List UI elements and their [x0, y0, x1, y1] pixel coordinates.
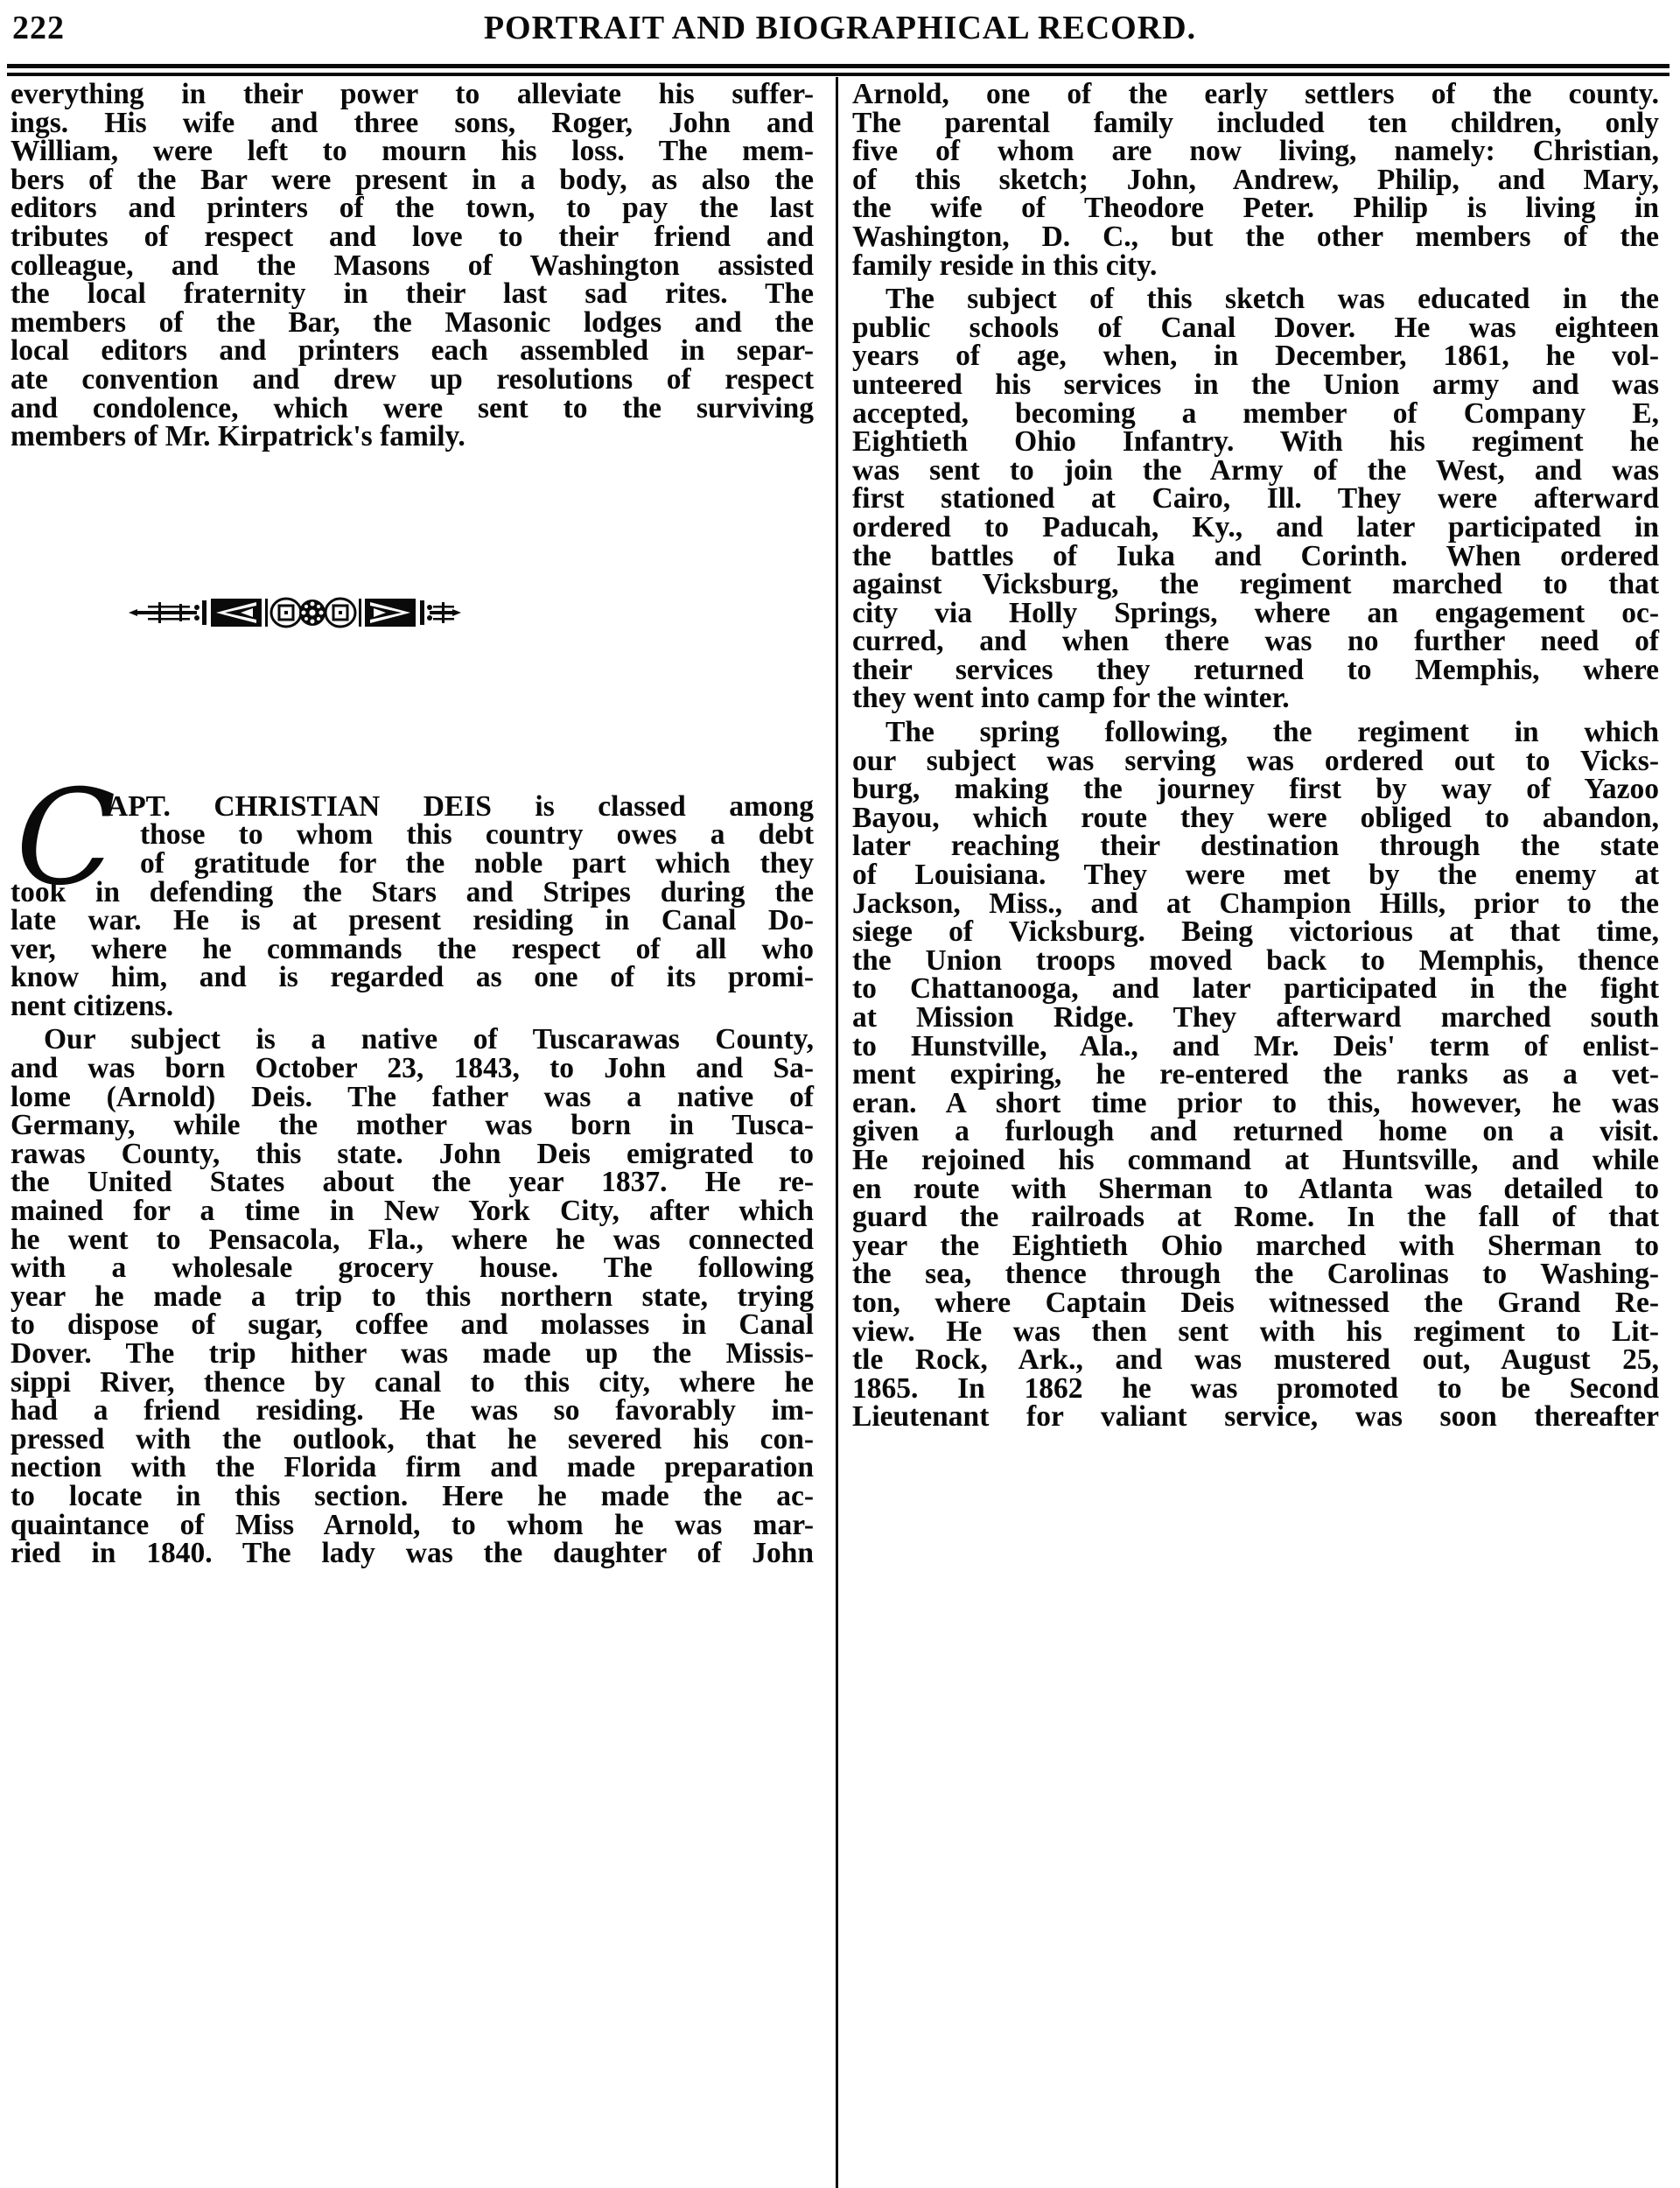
text-line: year the Eightieth Ohio marched with She… — [852, 1232, 1659, 1261]
text-line: en route with Sherman to Atlanta was det… — [852, 1175, 1659, 1204]
text-line: curred, and when there was no further ne… — [852, 628, 1659, 656]
header-double-rule — [7, 64, 1669, 76]
text-line: Washington, D. C., but the other members… — [852, 223, 1659, 252]
text-line: Eightieth Ohio Infantry. With his regime… — [852, 428, 1659, 457]
text-line: burg, making the journey first by way of… — [852, 775, 1659, 804]
text-line: The spring following, the regiment in wh… — [852, 719, 1659, 747]
text-line: the wife of Theodore Peter. Philip is li… — [852, 194, 1659, 223]
text-line: members of the Bar, the Masonic lodges a… — [10, 309, 814, 338]
text-line: to locate in this section. Here he made … — [10, 1483, 814, 1511]
text-line: given a furlough and returned home on a … — [852, 1118, 1659, 1147]
left-column: everything in their power to alleviate h… — [10, 81, 814, 1568]
text-line: of this sketch; John, Andrew, Philip, an… — [852, 166, 1659, 195]
text-line: ried in 1840. The lady was the daughter … — [10, 1539, 814, 1568]
text-line: ment expiring, he re-entered the ranks a… — [852, 1061, 1659, 1090]
text-line: siege of Vicksburg. Being victorious at … — [852, 918, 1659, 947]
text-line: know him, and is regarded as one of its … — [10, 964, 814, 992]
text-line: members of Mr. Kirpatrick's family. — [10, 423, 814, 452]
text-line: mained for a time in New York City, afte… — [10, 1197, 814, 1226]
text-line: guard the railroads at Rome. In the fall… — [852, 1203, 1659, 1232]
text-line: our subject was serving was ordered out … — [852, 747, 1659, 776]
text-line: the United States about the year 1837. H… — [10, 1168, 814, 1197]
text-line: Lieutenant for valiant service, was soon… — [852, 1403, 1659, 1432]
drop-cap-letter: C — [16, 786, 116, 891]
text-line: William, were left to mourn his loss. Th… — [10, 137, 814, 166]
text-line: ordered to Paducah, Ky., and later parti… — [852, 514, 1659, 543]
text-line: he went to Pensacola, Fla., where he was… — [10, 1226, 814, 1255]
text-line: had a friend residing. He was so favorab… — [10, 1397, 814, 1426]
text-line: their services they returned to Memphis,… — [852, 656, 1659, 685]
text-line: the local fraternity in their last sad r… — [10, 280, 814, 309]
text-line: and condolence, which were sent to the s… — [10, 395, 814, 424]
text-line: lome (Arnold) Deis. The father was a nat… — [10, 1083, 814, 1112]
text-line: tributes of respect and love to their fr… — [10, 223, 814, 252]
text-line: years of age, when, in December, 1861, h… — [852, 342, 1659, 371]
text-line: later reaching their destination through… — [852, 832, 1659, 861]
text-line: Our subject is a native of Tuscarawas Co… — [10, 1026, 814, 1055]
text-line: they went into camp for the winter. — [852, 684, 1659, 713]
text-line: the battles of Iuka and Corinth. When or… — [852, 543, 1659, 572]
text-line: everything in their power to alleviate h… — [10, 81, 814, 109]
paragraph-education: The subject of this sketch was educated … — [852, 285, 1659, 713]
decorative-divider-ornament-icon — [129, 593, 461, 632]
text-line: Germany, while the mother was born in Tu… — [10, 1112, 814, 1140]
text-line: ate convention and drew up resolutions o… — [10, 366, 814, 395]
text-line: with a wholesale grocery house. The foll… — [10, 1254, 814, 1283]
text-line: Jackson, Miss., and at Champion Hills, p… — [852, 890, 1659, 919]
text-line: He rejoined his command at Huntsville, a… — [852, 1147, 1659, 1175]
text-line: those to whom this country owes a debt — [10, 821, 814, 850]
text-line: late war. He is at present residing in C… — [10, 907, 814, 936]
text-line: bers of the Bar were present in a body, … — [10, 166, 814, 195]
text-line: at Mission Ridge. They afterward marched… — [852, 1004, 1659, 1033]
text-line: to Hunstville, Ala., and Mr. Deis' term … — [852, 1033, 1659, 1062]
page-header: 222 PORTRAIT AND BIOGRAPHICAL RECORD. — [0, 0, 1680, 61]
text-line: took in defending the Stars and Stripes … — [10, 879, 814, 908]
biography-intro-paragraph: C APT. CHRISTIAN DEIS is classed amongth… — [10, 793, 814, 1021]
text-line: the sea, thence through the Carolinas to… — [852, 1260, 1659, 1289]
text-line: against Vicksburg, the regiment marched … — [852, 571, 1659, 600]
ornament-section — [10, 452, 814, 793]
running-title: PORTRAIT AND BIOGRAPHICAL RECORD. — [0, 9, 1680, 47]
paragraph-war: The spring following, the regiment in wh… — [852, 719, 1659, 1432]
text-line: colleague, and the Masons of Washington … — [10, 252, 814, 281]
text-line: eran. A short time prior to this, howeve… — [852, 1090, 1659, 1119]
text-line: to dispose of sugar, coffee and molasses… — [10, 1311, 814, 1340]
paragraph-family: Arnold, one of the early settlers of the… — [852, 81, 1659, 280]
text-line: year he made a trip to this northern sta… — [10, 1283, 814, 1312]
text-line: family reside in this city. — [852, 252, 1659, 281]
text-line: nection with the Florida firm and made p… — [10, 1454, 814, 1483]
text-line: ings. His wife and three sons, Roger, Jo… — [10, 109, 814, 138]
text-line: of gratitude for the noble part which th… — [10, 850, 814, 879]
text-line: 1865. In 1862 he was promoted to be Seco… — [852, 1375, 1659, 1404]
paragraph-parents: Our subject is a native of Tuscarawas Co… — [10, 1026, 814, 1567]
text-line: quaintance of Miss Arnold, to whom he wa… — [10, 1511, 814, 1540]
text-line: unteered his services in the Union army … — [852, 371, 1659, 400]
text-line: rawas County, this state. John Deis emig… — [10, 1140, 814, 1169]
text-line: first stationed at Cairo, Ill. They were… — [852, 485, 1659, 514]
right-column: Arnold, one of the early settlers of the… — [852, 81, 1659, 1432]
text-line: Arnold, one of the early settlers of the… — [852, 81, 1659, 109]
text-line: and was born October 23, 1843, to John a… — [10, 1055, 814, 1083]
text-line: local editors and printers each assemble… — [10, 337, 814, 366]
text-line: tle Rock, Ark., and was mustered out, Au… — [852, 1346, 1659, 1375]
text-line: to Chattanooga, and later participated i… — [852, 975, 1659, 1004]
text-line: Dover. The trip hither was made up the M… — [10, 1340, 814, 1369]
text-line: pressed with the outlook, that he severe… — [10, 1426, 814, 1455]
text-line: view. He was then sent with his regiment… — [852, 1318, 1659, 1347]
text-line: was sent to join the Army of the West, a… — [852, 457, 1659, 486]
text-line: the Union troops moved back to Memphis, … — [852, 947, 1659, 976]
biography-intro-lines: APT. CHRISTIAN DEIS is classed amongthos… — [10, 793, 814, 1021]
text-line: public schools of Canal Dover. He was ei… — [852, 314, 1659, 343]
text-line: editors and printers of the town, to pay… — [10, 194, 814, 223]
text-line: five of whom are now living, namely: Chr… — [852, 137, 1659, 166]
text-line: sippi River, thence by canal to this cit… — [10, 1369, 814, 1398]
text-line: city via Holly Springs, where an engagem… — [852, 600, 1659, 628]
text-line: The subject of this sketch was educated … — [852, 285, 1659, 314]
text-line: Bayou, which route they were obliged to … — [852, 804, 1659, 833]
text-line: of Louisiana. They were met by the enemy… — [852, 861, 1659, 890]
text-line: APT. CHRISTIAN DEIS is classed among — [10, 793, 814, 822]
text-line: nent citizens. — [10, 992, 814, 1021]
column-divider — [836, 77, 838, 2188]
text-line: The parental family included ten childre… — [852, 109, 1659, 138]
text-line: ton, where Captain Deis witnessed the Gr… — [852, 1289, 1659, 1318]
text-line: ver, where he commands the respect of al… — [10, 936, 814, 964]
continuation-paragraph: everything in their power to alleviate h… — [10, 81, 814, 452]
text-line: accepted, becoming a member of Company E… — [852, 400, 1659, 429]
